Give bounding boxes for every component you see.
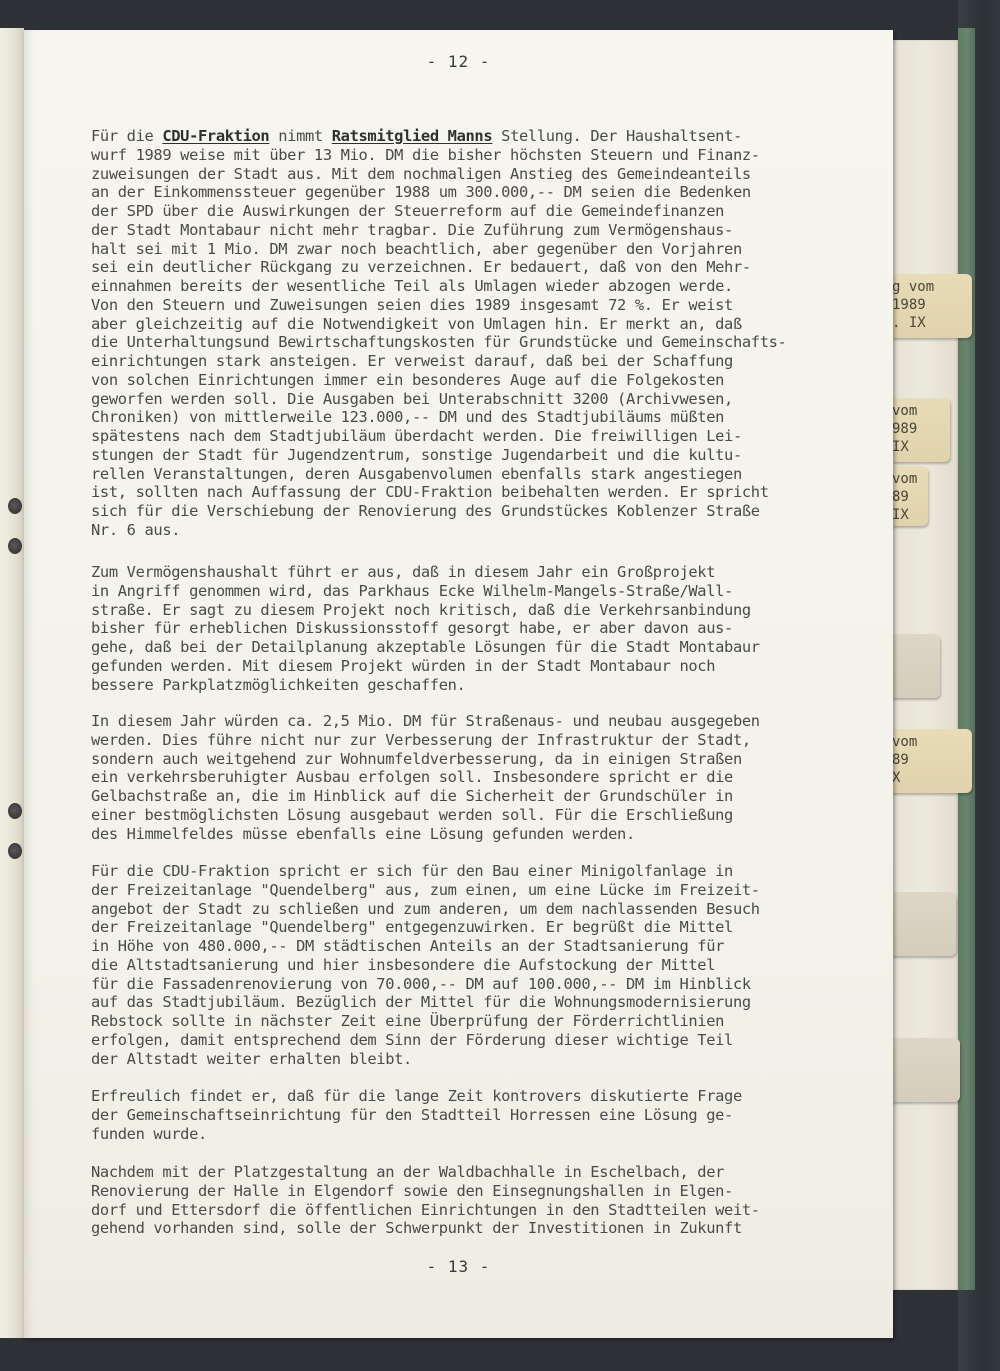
text-line: sich für die Verschiebung der Renovierun… [91, 502, 851, 521]
text-line: Erfreulich findet er, daß für die lange … [91, 1087, 851, 1106]
text-line: gehe, daß bei der Detailplanung akzeptab… [91, 638, 851, 657]
text-line: auf das Stadtjubiläum. Bezüglich der Mit… [91, 993, 851, 1012]
index-tab[interactable]: vom 89 X [892, 729, 972, 793]
text-line: geworfen werden soll. Die Ausgaben bei U… [91, 390, 851, 409]
paragraph: Zum Vermögenshaushalt führt er aus, daß … [91, 563, 851, 694]
text-line: der Altstadt weiter erhalten bleibt. [91, 1050, 851, 1069]
text-line: an der Einkommenssteuer gegenüber 1988 u… [91, 183, 851, 202]
index-tab-blank[interactable] [892, 634, 940, 698]
text-line: straße. Er sagt zu diesem Projekt noch k… [91, 601, 851, 620]
text-line: In diesem Jahr würden ca. 2,5 Mio. DM fü… [91, 712, 851, 731]
index-tab[interactable]: vom 989 IX [892, 398, 950, 462]
punch-hole [8, 538, 22, 554]
text-line: werden. Dies führe nicht nur zur Verbess… [91, 731, 851, 750]
tab-text: X [892, 769, 972, 787]
tab-text: . IX [892, 314, 972, 332]
punch-hole [8, 843, 22, 859]
text-line: in Höhe von 480.000,-- DM städtischen An… [91, 937, 851, 956]
text-line: Gelbachstraße an, die im Hinblick auf di… [91, 787, 851, 806]
tab-text: 989 [892, 420, 950, 438]
text-line: von solchen Einrichtungen immer ein beso… [91, 371, 851, 390]
tab-text: IX [892, 506, 928, 524]
text-line: halt sei mit 1 Mio. DM zwar noch beachtl… [91, 240, 851, 259]
paragraph: Für die CDU-Fraktion nimmt Ratsmitglied … [91, 127, 851, 540]
text-line: der Gemeinschaftseinrichtung für den Sta… [91, 1106, 851, 1125]
text-line: die Altstadtsanierung und hier insbesond… [91, 956, 851, 975]
punch-hole [8, 498, 22, 514]
document-page: - 12 - Für die CDU-Fraktion nimmt Ratsmi… [24, 30, 893, 1338]
tab-text: 1989 [892, 296, 972, 314]
text-line: einrichtungen stark ansteigen. Er verwei… [91, 352, 851, 371]
text-line: der Freizeitanlage "Quendelberg" aus, zu… [91, 881, 851, 900]
page-number-bottom: - 13 - [24, 1257, 893, 1276]
text-line: der Stadt Montabaur nicht mehr tragbar. … [91, 221, 851, 240]
punch-hole [8, 803, 22, 819]
text-line: aber gleichzeitig auf die Notwendigkeit … [91, 315, 851, 334]
previous-page-edge [0, 28, 24, 1338]
text-line: Nachdem mit der Platzgestaltung an der W… [91, 1163, 851, 1182]
text-line: ein verkehrsberuhigter Ausbau erfolgen s… [91, 768, 851, 787]
text-line: angebot der Stadt zu schließen und zum a… [91, 900, 851, 919]
tab-text: g vom [892, 278, 972, 296]
index-tab[interactable]: g vom 1989 . IX [892, 274, 972, 338]
tab-text: vom [892, 470, 928, 488]
text-line: dorf und Ettersdorf die öffentlichen Ein… [91, 1201, 851, 1220]
text-line: der Freizeitanlage "Quendelberg" entgege… [91, 918, 851, 937]
speaker-name: Ratsmitglied Manns [332, 127, 493, 145]
text-line: einer bestmöglichsten Lösung ausgebaut w… [91, 806, 851, 825]
paragraph: Erfreulich findet er, daß für die lange … [91, 1087, 851, 1143]
text-line: Nr. 6 aus. [91, 521, 851, 540]
text-line: funden wurde. [91, 1125, 851, 1144]
text-line: ist, sollten nach Auffassung der CDU-Fra… [91, 483, 851, 502]
text-line: gehend vorhanden sind, solle der Schwerp… [91, 1219, 851, 1238]
text-line: erfolgen, damit entsprechend dem Sinn de… [91, 1031, 851, 1050]
text-line: der SPD über die Auswirkungen der Steuer… [91, 202, 851, 221]
index-tab[interactable]: vom 89 IX [892, 466, 928, 526]
paragraph: In diesem Jahr würden ca. 2,5 Mio. DM fü… [91, 712, 851, 843]
paragraph: Für die CDU-Fraktion spricht er sich für… [91, 862, 851, 1068]
binder-edge [958, 28, 975, 1290]
tab-text: vom [892, 402, 950, 420]
text-line: stungen der Stadt für Jugendzentrum, son… [91, 446, 851, 465]
text-line: Renovierung der Halle in Elgendorf sowie… [91, 1182, 851, 1201]
text-line: Rebstock sollte in nächster Zeit eine Üb… [91, 1012, 851, 1031]
text-line: des Himmelfeldes müsse ebenfalls eine Lö… [91, 825, 851, 844]
tab-text: 89 [892, 751, 972, 769]
text-line: sei ein deutlicher Rückgang zu verzeichn… [91, 258, 851, 277]
text-line: in Angriff genommen wird, das Parkhaus E… [91, 582, 851, 601]
tab-text: vom [892, 733, 972, 751]
text-line: sondern auch weitgehend zur Wohnumfeldve… [91, 750, 851, 769]
text-line: Für die CDU-Fraktion nimmt Ratsmitglied … [91, 127, 851, 146]
text-line: einnahmen bereits der wesentliche Teil a… [91, 277, 851, 296]
tab-text: IX [892, 438, 950, 456]
text-line: rellen Veranstaltungen, deren Ausgabenvo… [91, 465, 851, 484]
page-number-top: - 12 - [24, 52, 893, 71]
text-line: Von den Steuern und Zuweisungen seien di… [91, 296, 851, 315]
text-line: wurf 1989 weise mit über 13 Mio. DM die … [91, 146, 851, 165]
text-line: Für die CDU-Fraktion spricht er sich für… [91, 862, 851, 881]
text-line: zuweisungen der Stadt aus. Mit dem nochm… [91, 165, 851, 184]
text-line: gefunden werden. Mit diesem Projekt würd… [91, 657, 851, 676]
text-line: spätestens nach dem Stadtjubiläum überda… [91, 427, 851, 446]
paragraph: Nachdem mit der Platzgestaltung an der W… [91, 1163, 851, 1238]
text-line: die Unterhaltungsund Bewirtschaftungskos… [91, 333, 851, 352]
text-line: Zum Vermögenshaushalt führt er aus, daß … [91, 563, 851, 582]
text-line: bisher für erheblichen Diskussionsstoff … [91, 619, 851, 638]
party-name: CDU-Fraktion [162, 127, 269, 145]
text-line: für die Fassadenrenovierung von 70.000,-… [91, 975, 851, 994]
index-tab-blank[interactable] [892, 1038, 960, 1102]
tab-text: 89 [892, 488, 928, 506]
text-line: bessere Parkplatzmöglichkeiten geschaffe… [91, 676, 851, 695]
text-line: Chroniken) von mittlerweile 123.000,-- D… [91, 408, 851, 427]
index-tab-blank[interactable] [892, 892, 956, 956]
